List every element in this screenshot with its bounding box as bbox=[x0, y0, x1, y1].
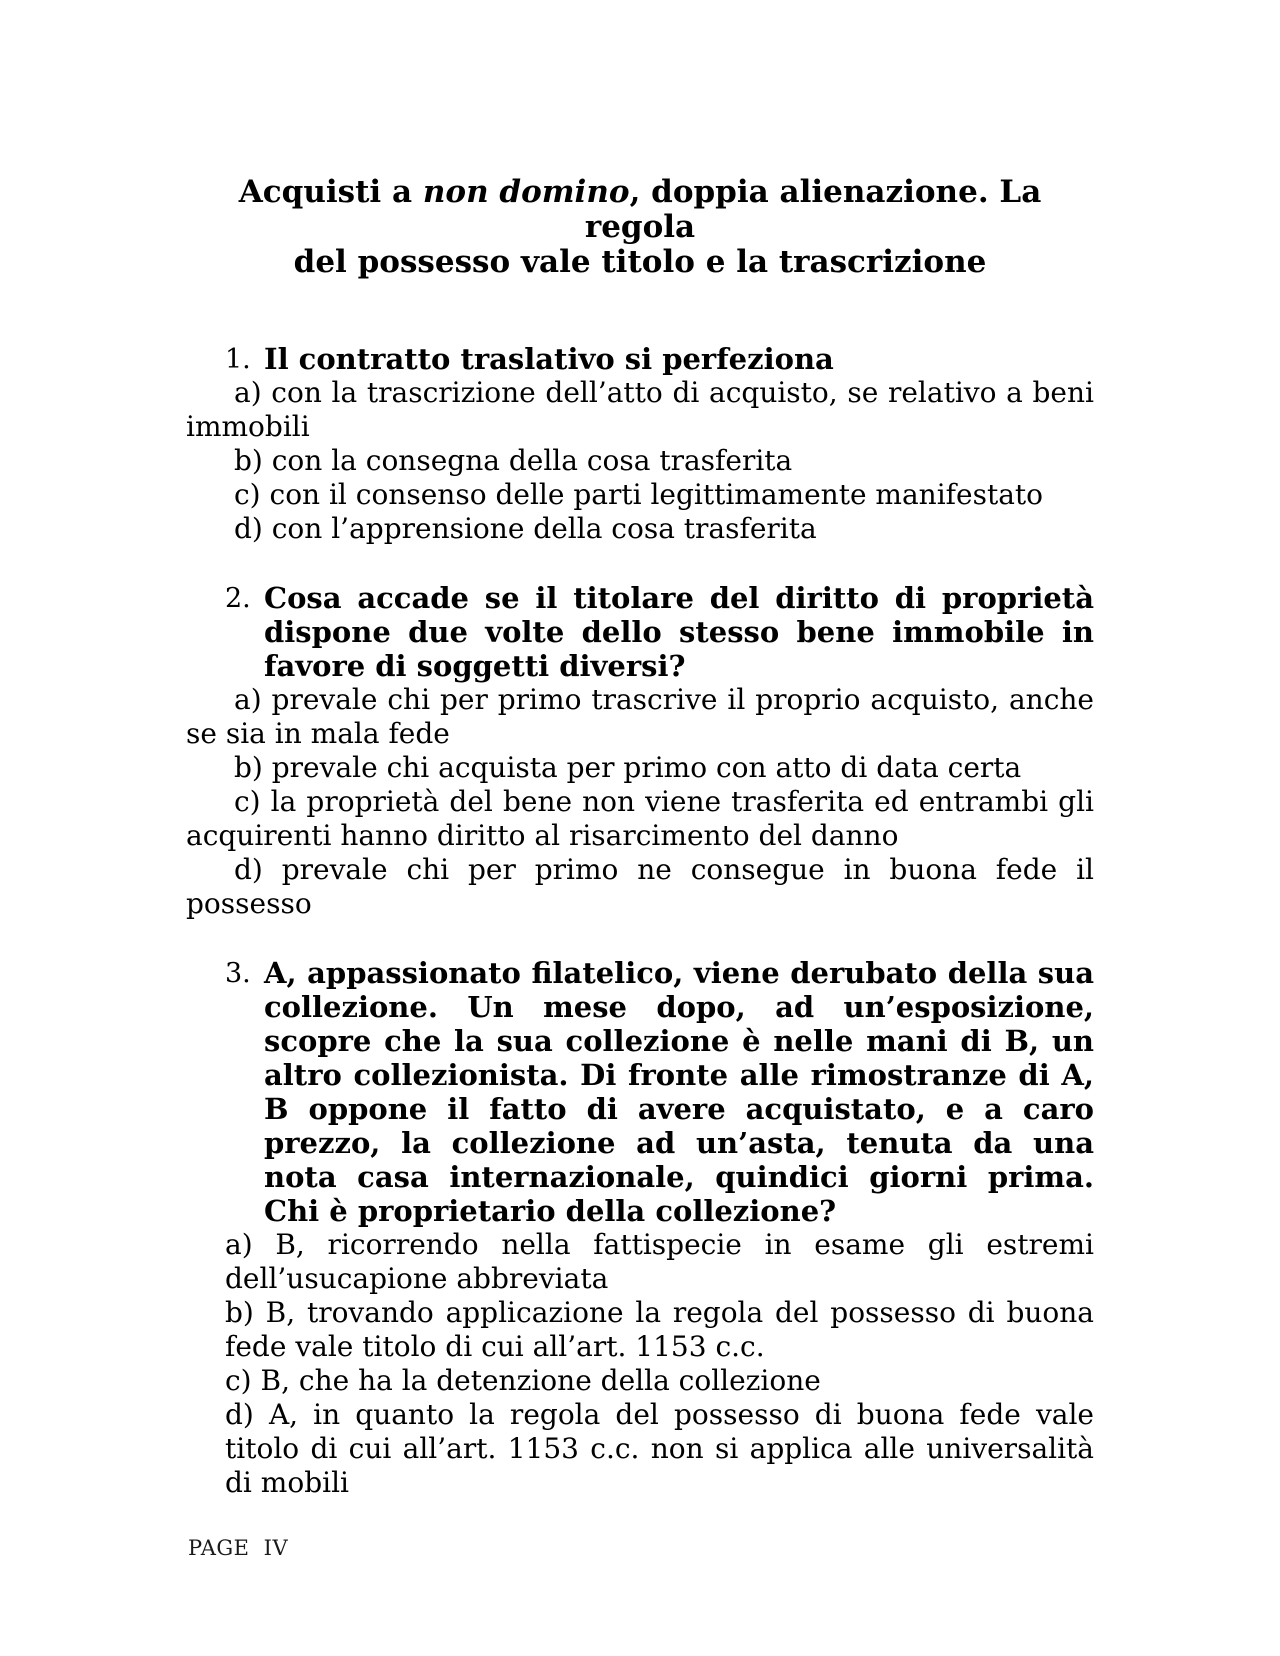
page-number-label: PAGE IV bbox=[188, 1536, 288, 1560]
question-2-option-a: a) prevale chi per primo trascrive il pr… bbox=[186, 683, 1094, 751]
title-line-2: del possesso vale titolo e la trascrizio… bbox=[294, 244, 987, 280]
question-2-text: Cosa accade se il titolare del diritto d… bbox=[264, 581, 1094, 683]
question-1-heading: 1.Il contratto traslativo si perfeziona bbox=[264, 342, 1094, 376]
question-3-text: A, appassionato filatelico, viene deruba… bbox=[264, 956, 1094, 1228]
question-3-number: 3. bbox=[225, 957, 251, 991]
question-3-option-a: a) B, ricorrendo nella fattispecie in es… bbox=[225, 1228, 1094, 1296]
question-1-section: 1.Il contratto traslativo si perfeziona … bbox=[186, 342, 1094, 546]
question-1-option-d: d) con l’apprensione della cosa trasferi… bbox=[186, 512, 1094, 546]
question-3-option-d: d) A, in quanto la regola del possesso d… bbox=[225, 1398, 1094, 1500]
question-1-option-a: a) con la trascrizione dell’atto di acqu… bbox=[186, 376, 1094, 444]
question-1-number: 1. bbox=[225, 343, 251, 377]
question-3-option-b: b) B, trovando applicazione la regola de… bbox=[225, 1296, 1094, 1364]
question-3-option-c: c) B, che ha la detenzione della collezi… bbox=[225, 1364, 1094, 1398]
question-1-text: Il contratto traslativo si perfeziona bbox=[264, 342, 834, 376]
question-2-heading: 2.Cosa accade se il titolare del diritto… bbox=[264, 581, 1094, 683]
question-3-heading: 3.A, appassionato filatelico, viene deru… bbox=[264, 956, 1094, 1228]
question-2-number: 2. bbox=[225, 582, 251, 616]
question-1-option-b: b) con la consegna della cosa trasferita bbox=[186, 444, 1094, 478]
question-2-option-b: b) prevale chi acquista per primo con at… bbox=[186, 751, 1094, 785]
title-latin-phrase: non domino bbox=[423, 174, 630, 210]
question-2-option-d: d) prevale chi per primo ne consegue in … bbox=[186, 853, 1094, 921]
question-2-option-c: c) la proprietà del bene non viene trasf… bbox=[186, 785, 1094, 853]
page-title: Acquisti a non domino, doppia alienazion… bbox=[186, 175, 1094, 280]
question-3-section: 3.A, appassionato filatelico, viene deru… bbox=[186, 956, 1094, 1500]
question-2-section: 2.Cosa accade se il titolare del diritto… bbox=[186, 581, 1094, 921]
document-page: Acquisti a non domino, doppia alienazion… bbox=[186, 175, 1094, 1500]
title-text-post: , doppia alienazione. La regola bbox=[585, 174, 1041, 245]
question-1-option-c: c) con il consenso delle parti legittima… bbox=[186, 478, 1094, 512]
title-text-pre: Acquisti a bbox=[239, 174, 423, 210]
